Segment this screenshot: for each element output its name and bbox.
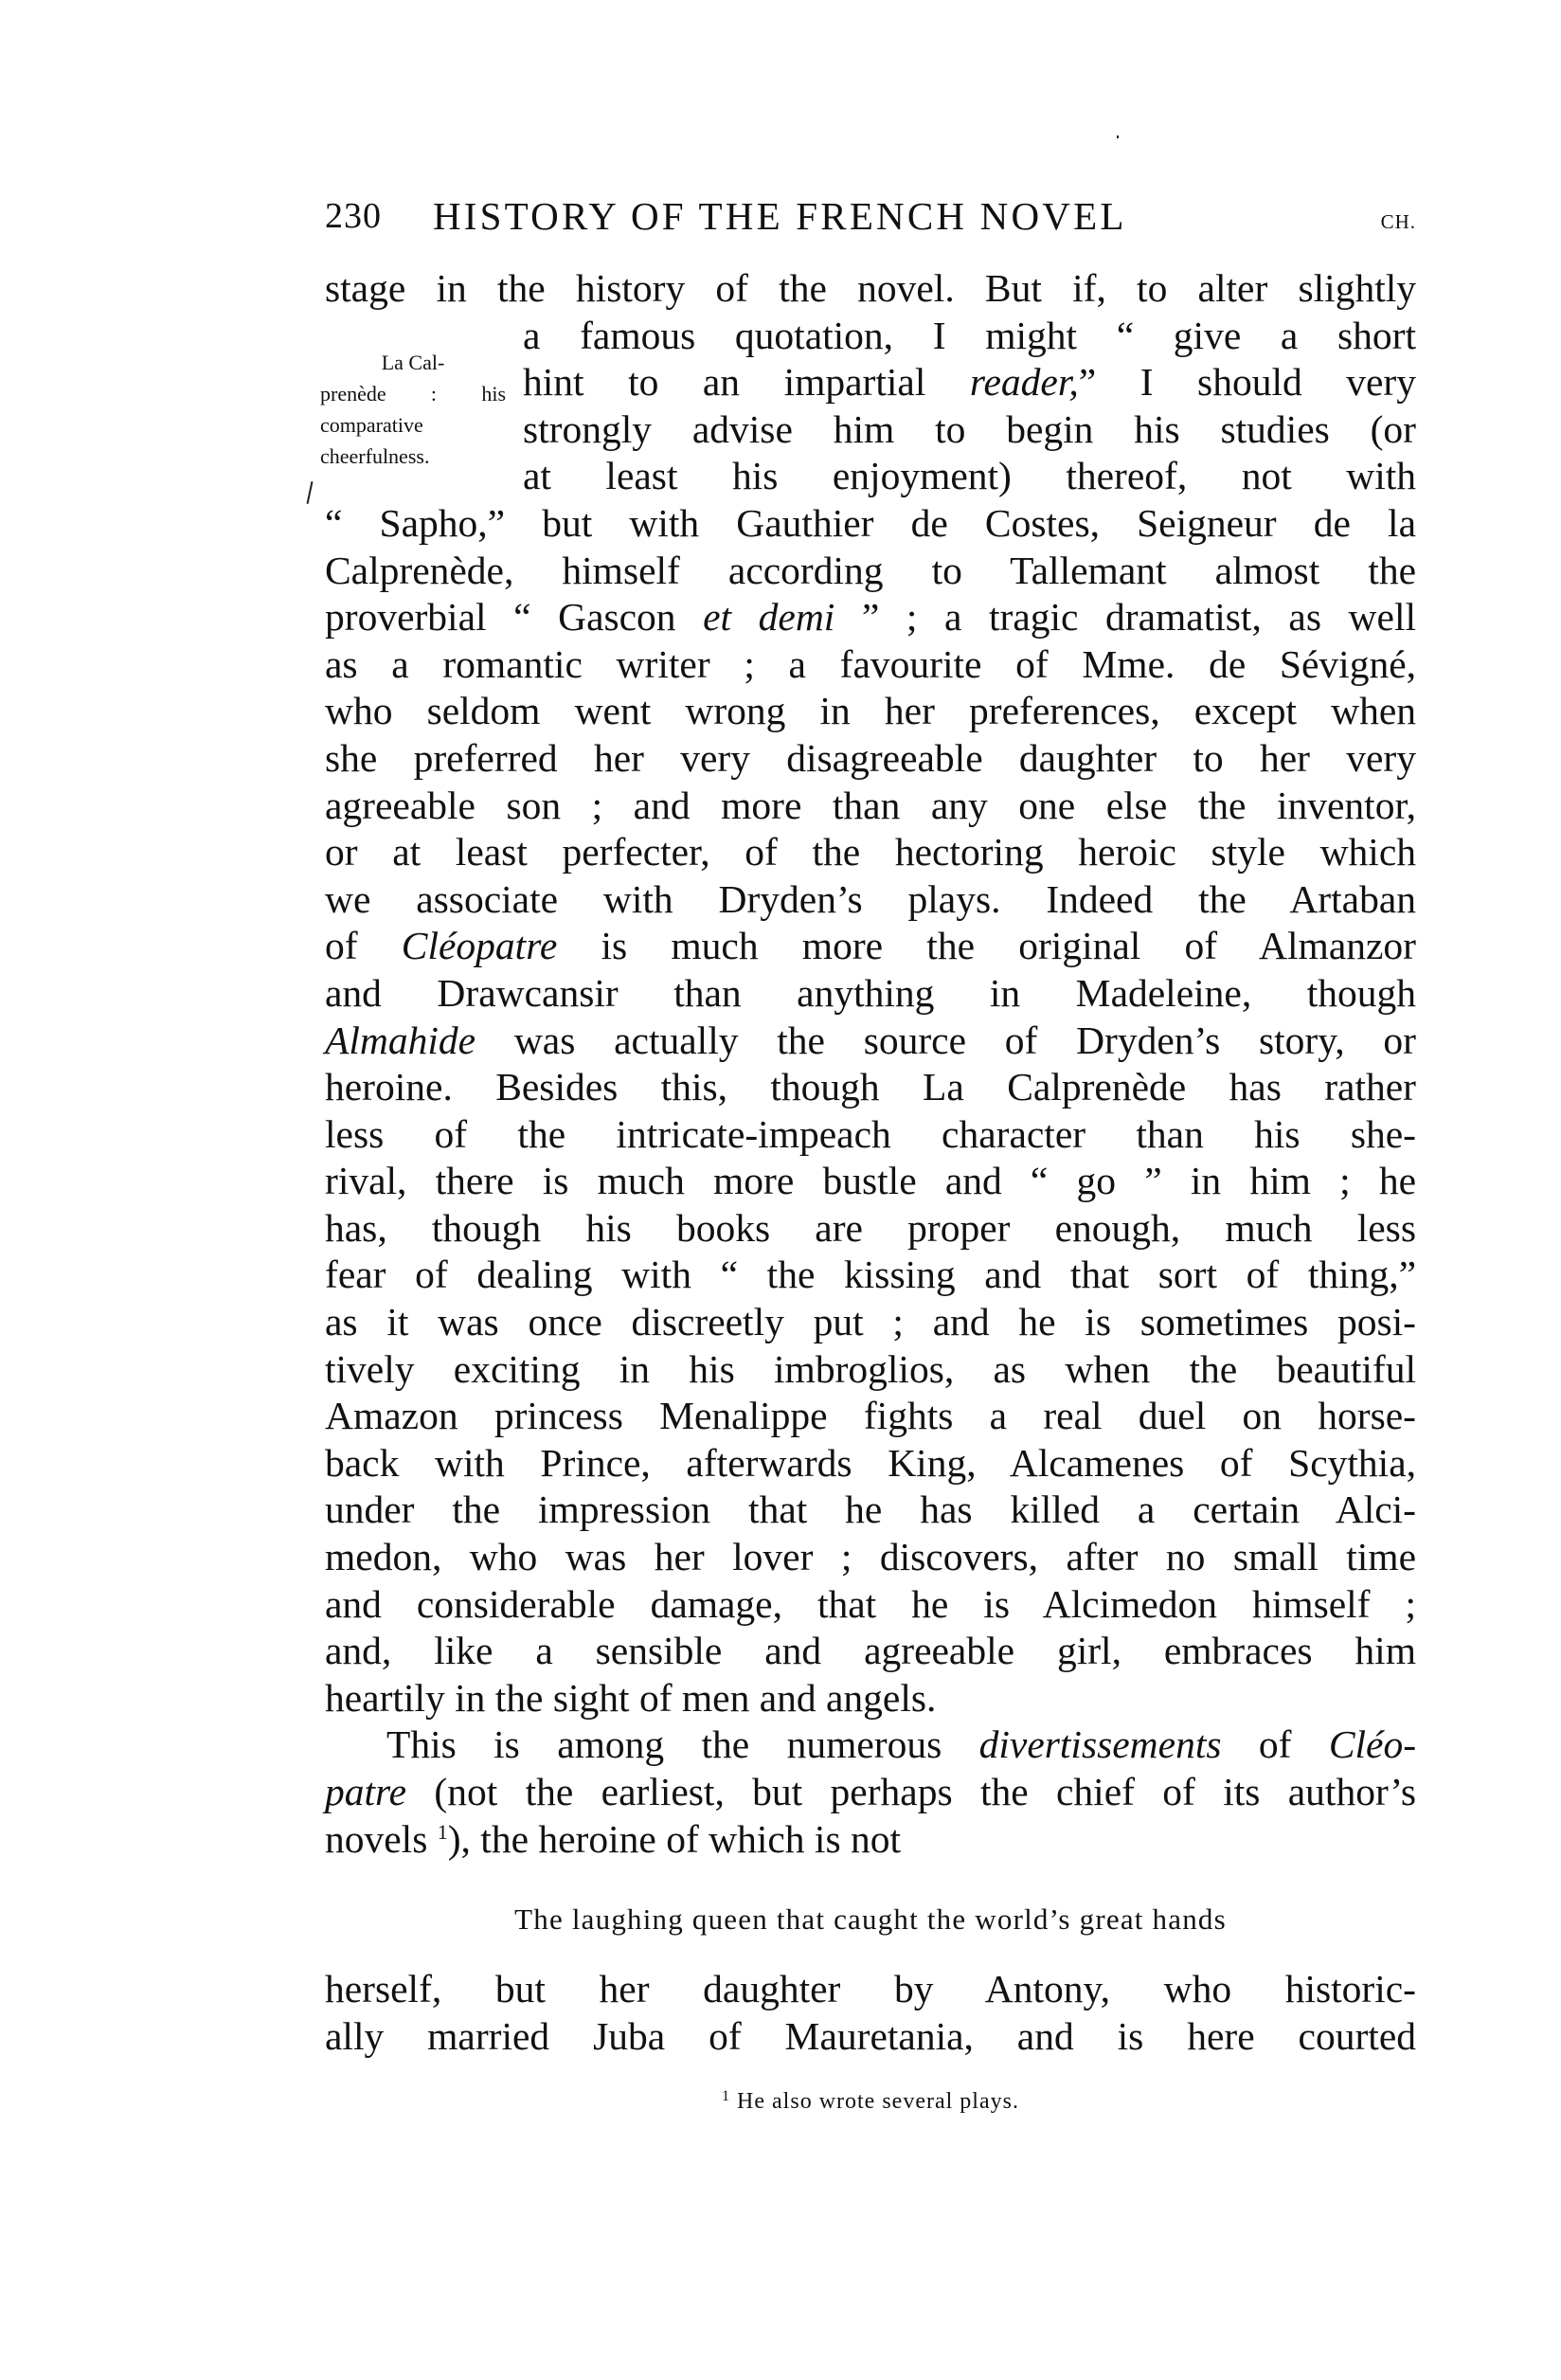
text-line: novels 1), the heroine of which is not [325, 1816, 1416, 1864]
text-run: is much more the original of Almanzor [557, 924, 1416, 967]
text-line: and, like a sensible and agreeable girl,… [325, 1628, 1416, 1675]
text-run: of [1222, 1722, 1329, 1766]
text-line: of Cléopatre is much more the original o… [325, 923, 1416, 970]
text-line: at least his enjoyment) thereof, not wit… [325, 453, 1416, 500]
text-line: This is among the numerous divertissemen… [325, 1722, 1416, 1769]
text-line: Calprenède, himself according to Tallema… [325, 548, 1416, 595]
text-run: medon, who was her lover ; discovers, af… [325, 1535, 1416, 1578]
text-line: tively exciting in his imbroglios, as wh… [325, 1346, 1416, 1394]
text-run: as a romantic writer ; a favourite of Mm… [325, 642, 1416, 686]
text-run: This is among the numerous [386, 1722, 979, 1766]
text-run: rival, there is much more bustle and “ g… [325, 1159, 1416, 1202]
text-run: she preferred her very disagreeable daug… [325, 736, 1416, 780]
text-run: stage in the history of the novel. But i… [325, 266, 1416, 310]
text-run: Amazon princess Menalippe fights a real … [325, 1394, 1416, 1437]
text-line: has, though his books are proper enough,… [325, 1205, 1416, 1253]
running-head: 230 HISTORY OF THE FRENCH NOVEL CH. [325, 195, 1416, 237]
footnote-reference: 1 [438, 1820, 448, 1844]
text-line: and Drawcansir than anything in Madelein… [325, 970, 1416, 1018]
italic-text: patre [325, 1770, 406, 1813]
text-run: a famous quotation, I might “ give a sho… [523, 314, 1416, 357]
footnote: 1 He also wrote several plays. [325, 2087, 1416, 2116]
page-number: 230 [325, 195, 382, 237]
text-line: and considerable damage, that he is Alci… [325, 1581, 1416, 1629]
book-title: HISTORY OF THE FRENCH NOVEL [433, 195, 1127, 237]
text-run: has, though his books are proper enough,… [325, 1206, 1416, 1250]
text-line: ally married Juba of Mauretania, and is … [325, 2013, 1416, 2061]
text-run: fear of dealing with “ the kissing and t… [325, 1253, 1416, 1296]
text-run: less of the intricate-impeach character … [325, 1112, 1416, 1156]
text-run: Calprenède, himself according to Tallema… [325, 549, 1416, 592]
text-line: we associate with Dryden’s plays. Indeed… [325, 876, 1416, 924]
italic-text: Cléo- [1329, 1722, 1416, 1766]
scan-mark [307, 481, 314, 504]
text-line: medon, who was her lover ; discovers, af… [325, 1534, 1416, 1581]
text-line: Amazon princess Menalippe fights a real … [325, 1393, 1416, 1440]
text-line: Almahide was actually the source of Dryd… [325, 1018, 1416, 1065]
text-run: ), the heroine of which is not [448, 1817, 901, 1861]
text-run: strongly advise him to begin his studies… [523, 407, 1416, 451]
text-line: herself, but her daughter by Antony, who… [325, 1966, 1416, 2013]
text-line: back with Prince, afterwards King, Alcam… [325, 1440, 1416, 1487]
text-run: hint to an impartial [523, 360, 970, 404]
text-line: a famous quotation, I might “ give a sho… [325, 313, 1416, 360]
text-line: rival, there is much more bustle and “ g… [325, 1158, 1416, 1205]
text-run: back with Prince, afterwards King, Alcam… [325, 1441, 1416, 1485]
text-line: as it was once discreetly put ; and he i… [325, 1299, 1416, 1346]
body-text: stage in the history of the novel. But i… [325, 265, 1416, 1863]
text-run: under the impression that he has killed … [325, 1487, 1416, 1531]
text-line: fear of dealing with “ the kissing and t… [325, 1252, 1416, 1299]
footnote-text: He also wrote several plays. [737, 2089, 1019, 2114]
text-run: (not the earliest, but perhaps the chief… [406, 1770, 1416, 1813]
text-line: strongly advise him to begin his studies… [325, 406, 1416, 454]
text-run: of [325, 924, 402, 967]
text-run: “ Sapho,” but with Gauthier de Costes, S… [325, 501, 1416, 545]
text-line: heroine. Besides this, though La Calpren… [325, 1064, 1416, 1111]
text-line: hint to an impartial reader,” I should v… [325, 359, 1416, 406]
text-line: who seldom went wrong in her preferences… [325, 688, 1416, 735]
text-run: who seldom went wrong in her preferences… [325, 689, 1416, 732]
italic-text: Cléopatre [402, 924, 557, 967]
text-line: stage in the history of the novel. But i… [325, 265, 1416, 313]
text-run: and considerable damage, that he is Alci… [325, 1582, 1416, 1626]
text-line: heartily in the sight of men and angels. [325, 1675, 1416, 1722]
text-run: or at least perfecter, of the hectoring … [325, 830, 1416, 874]
body-text-continued: herself, but her daughter by Antony, who… [325, 1966, 1416, 2060]
book-page: 230 HISTORY OF THE FRENCH NOVEL CH. La C… [0, 0, 1561, 2380]
text-line: “ Sapho,” but with Gauthier de Costes, S… [325, 500, 1416, 548]
verse-quotation: The laughing queen that caught the world… [325, 1901, 1416, 1938]
text-line: she preferred her very disagreeable daug… [325, 735, 1416, 783]
italic-text: Almahide [325, 1019, 475, 1062]
text-run: agreeable son ; and more than any one el… [325, 784, 1416, 827]
text-run: at least his enjoyment) thereof, not wit… [523, 454, 1416, 497]
text-run: as it was once discreetly put ; and he i… [325, 1300, 1416, 1343]
text-run: heroine. Besides this, though La Calpren… [325, 1065, 1416, 1109]
text-run: tively exciting in his imbroglios, as wh… [325, 1347, 1416, 1391]
text-line: agreeable son ; and more than any one el… [325, 783, 1416, 830]
text-run: was actually the source of Dryden’s stor… [475, 1019, 1416, 1062]
text-line: less of the intricate-impeach character … [325, 1111, 1416, 1159]
text-run: we associate with Dryden’s plays. Indeed… [325, 877, 1416, 921]
italic-text: et demi [703, 595, 834, 639]
text-line: under the impression that he has killed … [325, 1487, 1416, 1534]
text-run: and Drawcansir than anything in Madelein… [325, 971, 1416, 1015]
scan-speck [1117, 135, 1119, 138]
chapter-abbrev: CH. [1381, 201, 1416, 243]
text-run: ” I should very [1079, 360, 1416, 404]
italic-text: divertissements [979, 1722, 1222, 1766]
text-line: patre (not the earliest, but perhaps the… [325, 1769, 1416, 1816]
footnote-marker: 1 [722, 2088, 730, 2104]
text-run: proverbial “ Gascon [325, 595, 703, 639]
text-run: ” ; a tragic dramatist, as well [834, 595, 1416, 639]
text-line: as a romantic writer ; a favourite of Mm… [325, 641, 1416, 689]
text-run: heartily in the sight of men and angels. [325, 1676, 936, 1720]
text-line: or at least perfecter, of the hectoring … [325, 829, 1416, 876]
text-run: novels [325, 1817, 438, 1861]
text-line: proverbial “ Gascon et demi ” ; a tragic… [325, 594, 1416, 641]
text-run: and, like a sensible and agreeable girl,… [325, 1629, 1416, 1672]
italic-text: reader, [970, 360, 1079, 404]
